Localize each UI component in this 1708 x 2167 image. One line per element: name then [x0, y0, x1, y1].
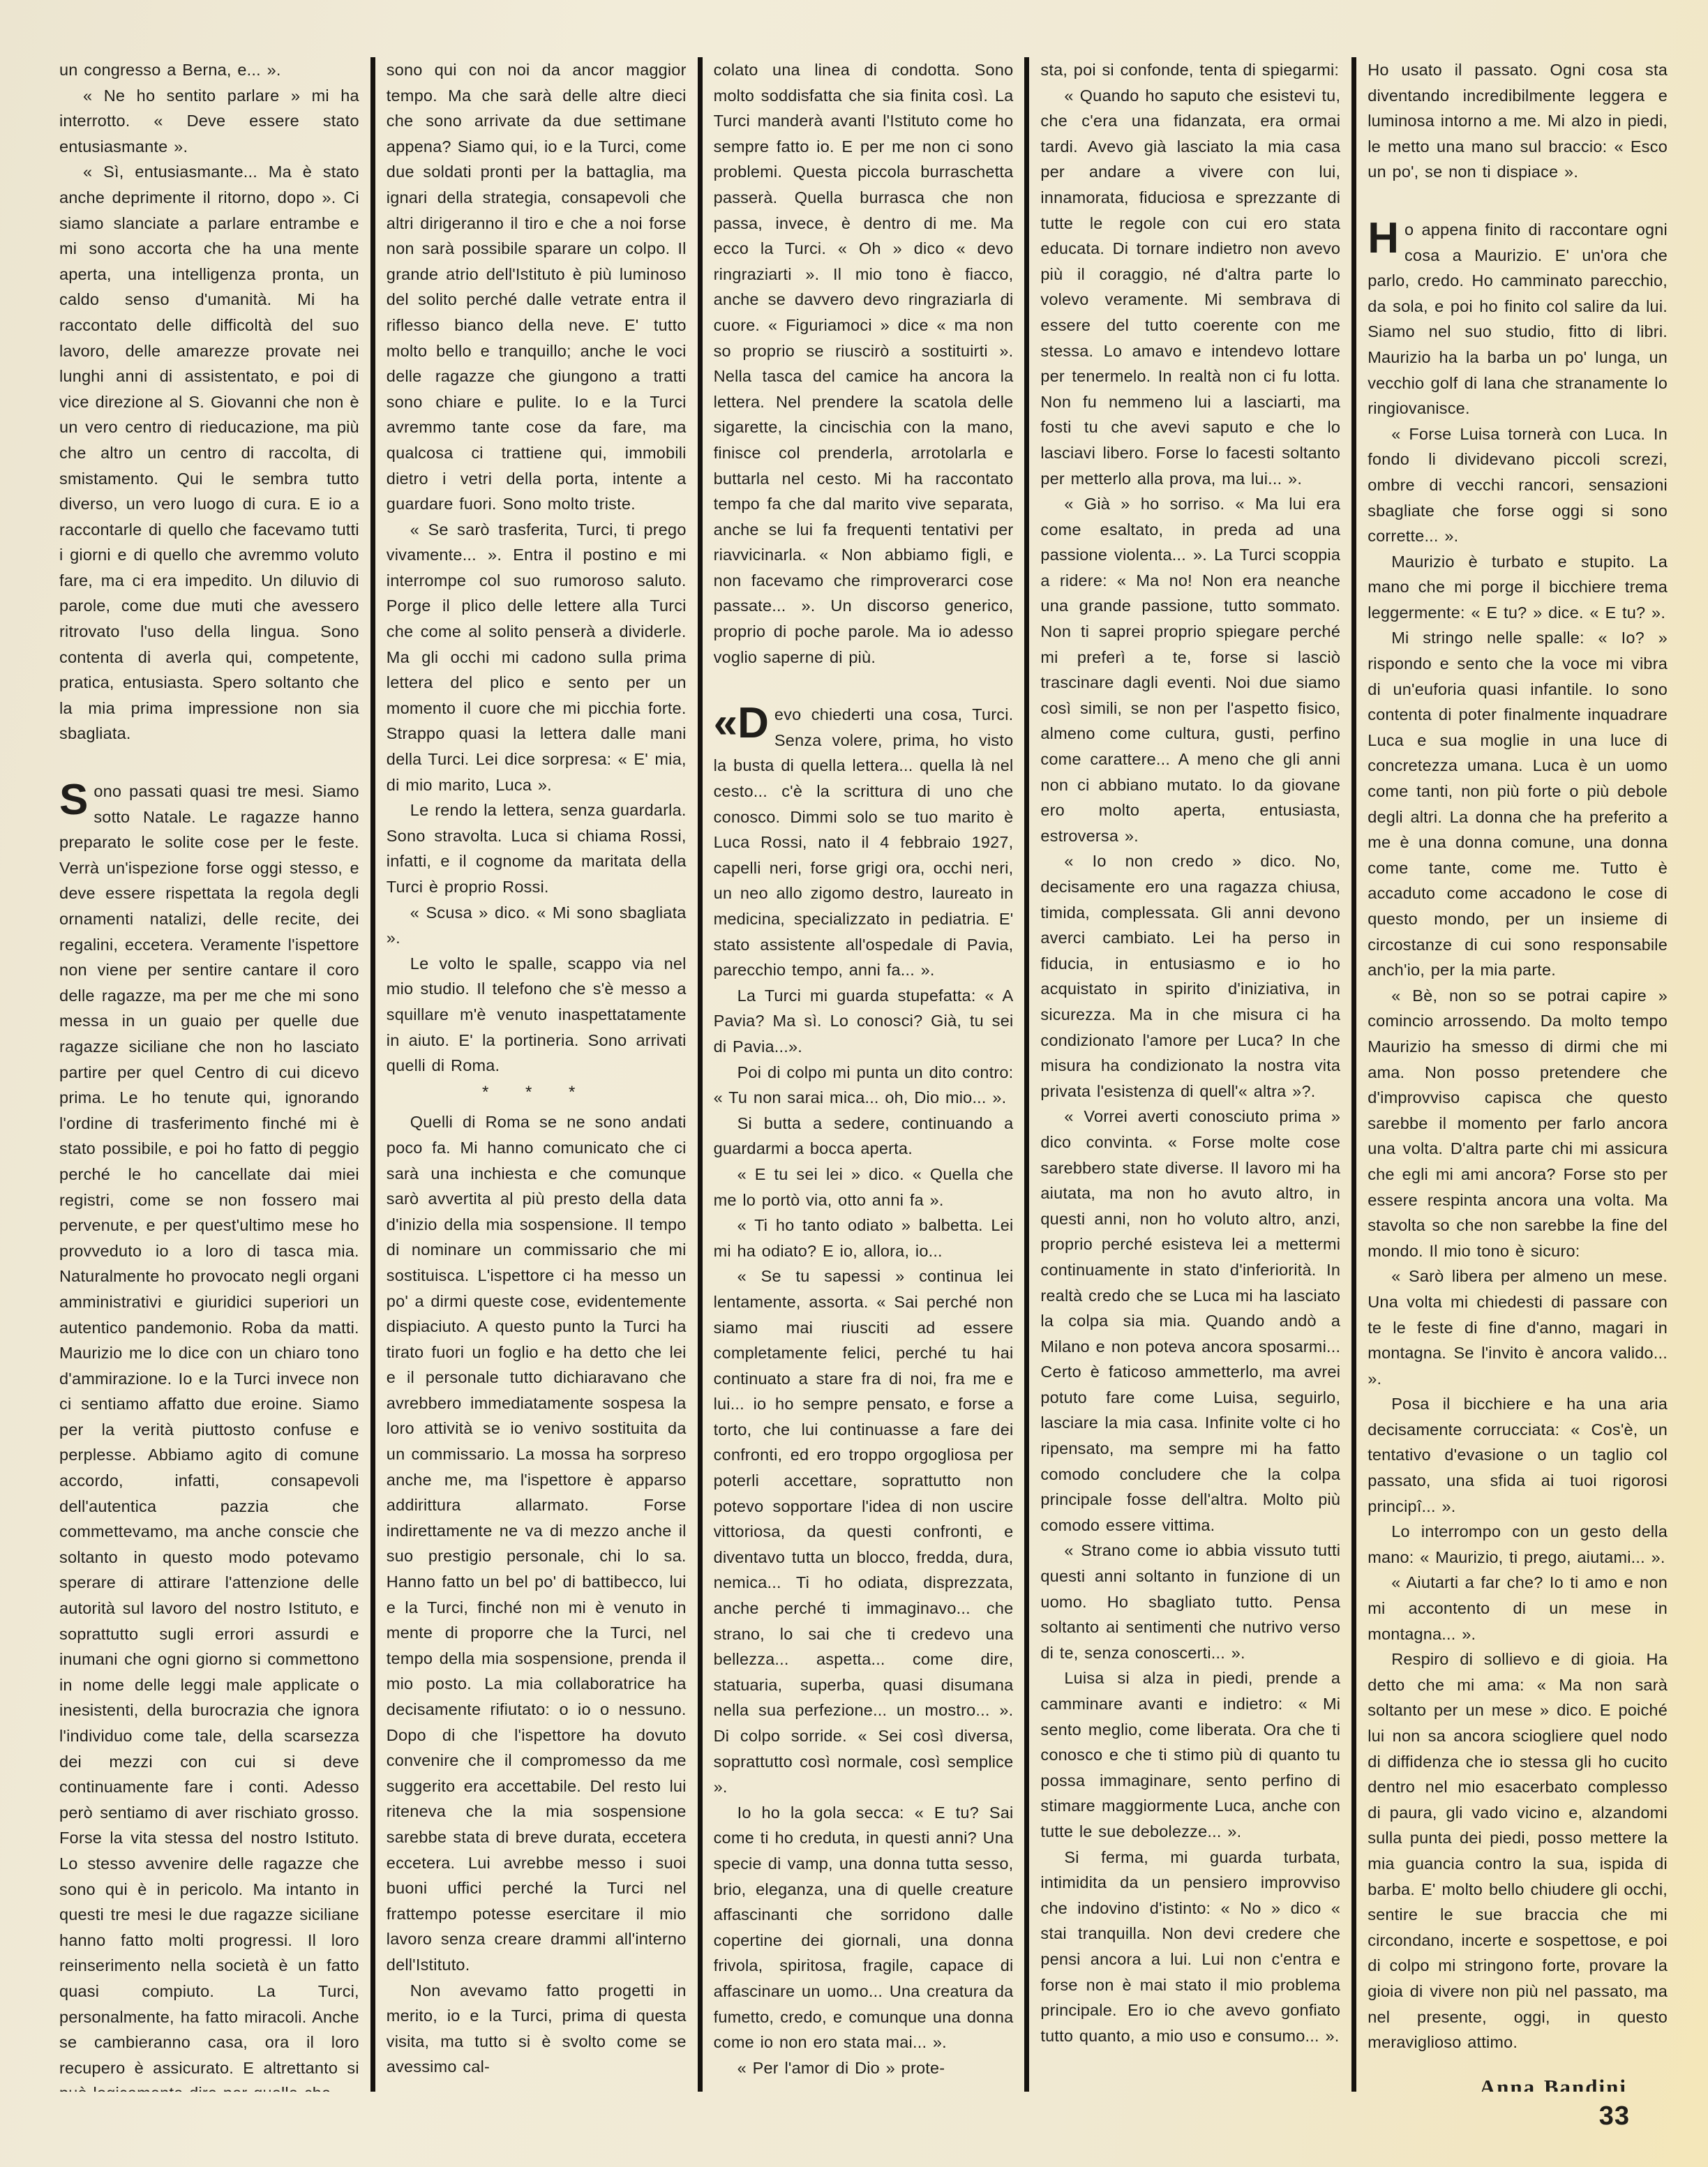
paragraph: Le volto le spalle, scappo via nel mio s…: [387, 951, 687, 1079]
paragraph: Le rendo la lettera, senza guardarla. So…: [387, 797, 687, 899]
article-text-area: un congresso a Berna, e... ».« Ne ho sen…: [59, 57, 1668, 2092]
column-divider: [698, 57, 703, 2092]
paragraph: « Scusa » dico. « Mi sono sbagliata ».: [387, 900, 687, 951]
paragraph: Posa il bicchiere e ha una aria decisame…: [1368, 1391, 1668, 1519]
paragraph: Mi stringo nelle spalle: « Io? » rispond…: [1368, 625, 1668, 982]
paragraph: «Devo chiederti una cosa, Turci. Senza v…: [714, 702, 1014, 983]
paragraph: Io ho la gola secca: « E tu? Sai come ti…: [714, 1800, 1014, 2055]
paragraph: Non avevamo fatto progetti in merito, io…: [387, 1978, 687, 2080]
paragraph: « Aiutarti a far che? Io ti amo e non mi…: [1368, 1570, 1668, 1647]
column-divider: [1351, 57, 1356, 2092]
paragraph: Respiro di sollievo e di gioia. Ha detto…: [1368, 1647, 1668, 2055]
paragraph: « Quando ho saputo che esistevi tu, che …: [1040, 83, 1340, 492]
paragraph: Maurizio è turbato e stupito. La mano ch…: [1368, 549, 1668, 626]
text-column-1: un congresso a Berna, e... ».« Ne ho sen…: [59, 57, 370, 2092]
magazine-page: { "page": { "number": "33", "byline": "A…: [0, 0, 1708, 2167]
paragraph: « Strano come io abbia vissuto tutti que…: [1040, 1538, 1340, 1665]
paragraph: Quelli di Roma se ne sono andati poco fa…: [387, 1109, 687, 1977]
paragraph: colato una linea di condotta. Sono molto…: [714, 57, 1014, 670]
paragraph: Si butta a sedere, continuando a guardar…: [714, 1111, 1014, 1162]
drop-cap: H: [1368, 217, 1404, 256]
paragraph: « Io non credo » dico. No, decisamente e…: [1040, 848, 1340, 1104]
paragraph: sta, poi si confonde, tenta di spiegarmi…: [1040, 57, 1340, 83]
text-column-2: sono qui con noi da ancor maggior tempo.…: [375, 57, 698, 2092]
paragraph: La Turci mi guarda stupefatta: « A Pavia…: [714, 983, 1014, 1060]
paragraph: Sono passati quasi tre mesi. Siamo sotto…: [59, 779, 359, 2092]
paragraph: sono qui con noi da ancor maggior tempo.…: [387, 57, 687, 517]
paragraph: « Sì, entusiasmante... Ma è stato anche …: [59, 159, 359, 747]
paragraph: « Ti ho tanto odiato » balbetta. Lei mi …: [714, 1213, 1014, 1264]
paragraph: Si ferma, mi guarda turbata, intimidita …: [1040, 1845, 1340, 2049]
paragraph: Lo interrompo con un gesto della mano: «…: [1368, 1519, 1668, 1570]
paragraph: « Per l'amor di Dio » prote-: [714, 2055, 1014, 2081]
page-number: 33: [1599, 2101, 1630, 2131]
paragraph: « Forse Luisa tornerà con Luca. In fondo…: [1368, 421, 1668, 549]
paragraph: un congresso a Berna, e... ».: [59, 57, 359, 83]
column-divider: [370, 57, 375, 2092]
paragraph: « Se sarò trasferita, Turci, ti prego vi…: [387, 517, 687, 798]
paragraph: « E tu sei lei » dico. « Quella che me l…: [714, 1162, 1014, 1213]
paragraph: Poi di colpo mi punta un dito contro: « …: [714, 1060, 1014, 1111]
text-column-4: sta, poi si confonde, tenta di spiegarmi…: [1029, 57, 1351, 2092]
text-column-5: Ho usato il passato. Ogni cosa sta diven…: [1356, 57, 1668, 2092]
paragraph: « Se tu sapessi » continua lei lentament…: [714, 1264, 1014, 1799]
paragraph: « Sarò libera per almeno un mese. Una vo…: [1368, 1264, 1668, 1391]
section-separator: * * *: [387, 1080, 687, 1106]
paragraph: « Già » ho sorriso. « Ma lui era come es…: [1040, 491, 1340, 848]
paragraph: Luisa si alza in piedi, prende a cammina…: [1040, 1665, 1340, 1844]
paragraph: « Ne ho sentito parlare » mi ha interrot…: [59, 83, 359, 160]
drop-cap: «D: [714, 702, 774, 741]
column-divider: [1024, 57, 1029, 2092]
paragraph: « Vorrei averti conosciuto prima » dico …: [1040, 1104, 1340, 1538]
author-byline: Anna Bandini: [1368, 2075, 1668, 2092]
text-column-3: colato una linea di condotta. Sono molto…: [703, 57, 1025, 2092]
paragraph: Ho usato il passato. Ogni cosa sta diven…: [1368, 57, 1668, 185]
paragraph: Ho appena finito di raccontare ogni cosa…: [1368, 217, 1668, 421]
drop-cap: S: [59, 779, 93, 818]
paragraph: « Bè, non so se potrai capire » comincio…: [1368, 983, 1668, 1264]
